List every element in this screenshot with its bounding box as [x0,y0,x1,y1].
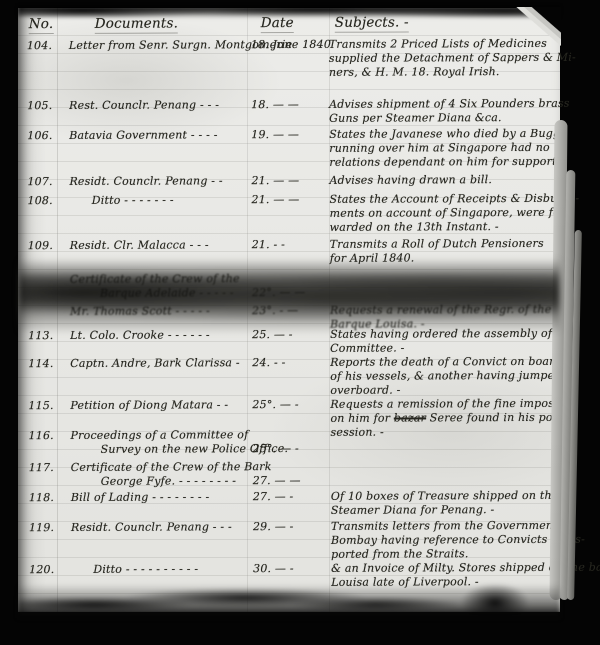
entry-subject [330,271,568,272]
entry-number: 106. [27,129,65,143]
entry-number: 107. [27,175,65,189]
column-header-date: Date [261,15,294,33]
entry-subject: Reports the death of a Convict on boardo… [330,355,568,398]
ledger-row: 109. Residt. Clr. Malacca - - - 21. - - … [18,237,560,239]
ledger-row: 106. Batavia Government - - - - 19. — — … [17,127,559,129]
ledger-row: Mr. Thomas Scott - - - - - 23°. - — Requ… [18,303,560,305]
entry-subject: States the Account of Receipts & Disburs… [329,192,567,235]
ledger-row: 114. Captn. Andre, Bark Clarissa - 24. -… [18,355,560,357]
entry-number: 109. [28,239,66,253]
ledger-paper-sheet: No. Documents. Date Subjects. - 104. Let… [18,8,560,612]
entry-date: 27. — — [253,474,353,488]
ledger-row: 119. Residt. Counclr. Penang - - - 29. —… [19,519,561,521]
entry-subject: Advises shipment of 4 Six Pounders brass… [329,97,567,126]
ledger-row: 117. Certificate of the Crew of the Bark… [19,459,561,461]
column-header-documents: Documents. [95,15,178,33]
ledger-row: 104. Letter from Senr. Surgn. Montgomeri… [17,37,559,39]
entry-subject: & an Invoice of Milty. Stores shipped on… [331,561,569,590]
entry-date: 22°. — — [252,286,352,300]
entry-number: 108. [27,194,65,208]
entry-number: 119. [29,521,67,535]
ledger-row: 115. Petition of Diong Matara - - 25°. —… [18,397,560,399]
entry-date: 25°. — - [253,442,353,456]
ledger-row: 108. Ditto - - - - - - - 21. — — States … [17,192,559,194]
column-headers: No. Documents. Date Subjects. - [17,14,559,16]
scanned-ledger-page: { "header": { "no": "No.", "documents": … [0,0,600,645]
entry-subject: Transmits 2 Priced Lists of Medicinessup… [329,37,567,80]
entry-number: 117. [29,461,67,475]
entry-subject: States the Javanese who died by a Buggyr… [329,127,567,170]
entry-number: 120. [29,563,67,577]
column-header-no: No. [29,16,54,34]
entry-number: 105. [27,99,65,113]
entry-number: 113. [28,329,66,343]
ledger-row: 120. Ditto - - - - - - - - - - 30. — - &… [19,561,561,563]
entry-number: 118. [29,491,67,505]
entry-number: 116. [29,429,67,443]
entry-subject [331,459,569,460]
entry-number: 115. [28,399,66,413]
entry-subject: Transmits letters from the Government of… [331,519,569,562]
column-header-subjects: Subjects. - [335,14,409,32]
ledger-row: 113. Lt. Colo. Crooke - - - - - - 25. — … [18,327,560,329]
entry-subject: Advises having drawn a bill. [329,173,567,188]
entry-number: 104. [27,39,65,53]
entry-subject: Transmits a Roll of Dutch Pensionersfor … [330,237,568,266]
ledger-content: No. Documents. Date Subjects. - 104. Let… [17,7,562,613]
entry-subject: Of 10 boxes of Treasure shipped on theSt… [331,489,569,518]
ledger-row: 107. Residt. Counclr. Penang - - 21. — —… [17,173,559,175]
entry-subject: States having ordered the assembly of aC… [330,327,568,356]
ledger-row: 118. Bill of Lading - - - - - - - - 27. … [19,489,561,491]
ledger-row: 105. Rest. Counclr. Penang - - - 18. — —… [17,97,559,99]
entry-subject: Requests a remission of the fine imposed… [330,397,568,440]
ledger-row: Certificate of the Crew of theBarque Ade… [18,271,560,273]
entry-number: 114. [28,357,66,371]
